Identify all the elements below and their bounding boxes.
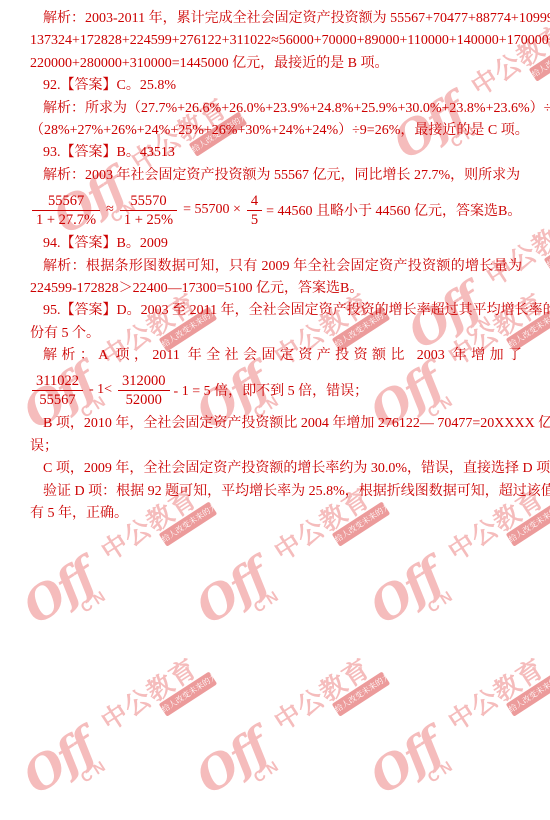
document-page: Off CN 中公教育 给人改变未来的力量 Off CN 中公教育 给人改变未来… <box>0 0 550 820</box>
q92-explanation-line1: 解析：所求为（27.7%+26.6%+26.0%+23.9%+24.8%+25.… <box>30 98 522 120</box>
slogan-seal: 给人改变未来的力量 <box>332 671 390 716</box>
offcn-cn-text: CN <box>251 756 285 786</box>
answer-key-text: 解析：2003-2011 年，累计完成全社会固定资产投资额为 55567+704… <box>30 8 522 525</box>
offcn-cn-text: CN <box>78 586 112 616</box>
q95-answer-line1: 95.【答案】D。2003 至 2011 年，全社会固定资产投资的增长率超过其平… <box>30 300 522 322</box>
slogan-seal: 给人改变未来的力量 <box>159 671 217 716</box>
slogan-seal: 给人改变未来的力量 <box>544 226 550 271</box>
offcn-cn-text: CN <box>425 586 459 616</box>
fraction: 311022 55567 <box>32 372 83 409</box>
q95-option-b-line1: B 项，2010 年，全社会固定资产投资额比 2004 年增加 276122— … <box>30 413 522 435</box>
slogan-seal: 给人改变未来的力量 <box>506 671 550 716</box>
offcn-watermark-logo: Off CN 中公教育 给人改变未来的力量 <box>13 642 231 818</box>
q92-explanation-line2: （28%+27%+26%+24%+25%+26%+30%+24%+24%）÷9=… <box>30 120 522 142</box>
q91-explanation-line2: 137324+172828+224599+276122+311022≈56000… <box>30 30 522 52</box>
q91-explanation-line3: 220000+280000+310000=1445000 亿元，最接近的是 B … <box>30 53 522 75</box>
operator: ≈ <box>106 202 114 218</box>
q95-option-b-line2: 误； <box>30 436 522 458</box>
q93-explanation-line1: 解析：2003 年社会固定资产投资额为 55567 亿元，同比增长 27.7%，… <box>30 165 522 187</box>
offcn-script-icon: Off <box>188 722 275 801</box>
offcn-script-icon: Off <box>15 722 102 801</box>
q91-explanation-line1: 解析：2003-2011 年，累计完成全社会固定资产投资额为 55567+704… <box>30 8 522 30</box>
q95-option-a-line: 解析：A 项，2011 年全社会固定资产投资额比 2003 年增加了 <box>30 345 522 367</box>
fraction: 4 5 <box>247 192 262 229</box>
offcn-script-icon: Off <box>362 722 449 801</box>
zhonggong-jiaoyu-text: 中公教育 <box>266 649 377 739</box>
q95-option-d-line1: 验证 D 项：根据 92 题可知，平均增长率为 25.8%，根据折线图数据可知，… <box>30 481 522 503</box>
operator: - 1< <box>89 382 112 398</box>
formula-tail-text: - 1 = 5 倍，即不到 5 倍，错误； <box>174 380 369 400</box>
offcn-script-icon: Off <box>15 552 102 631</box>
q93-formula: 55567 1 + 27.7% ≈ 55570 1 + 25% = 55700 … <box>30 187 522 233</box>
q94-answer-line: 94.【答案】B。2009 <box>30 233 522 255</box>
offcn-script-icon: Off <box>188 552 275 631</box>
formula-tail-text: = 44560 且略小于 44560 亿元，答案选B。 <box>266 200 521 220</box>
fraction: 55567 1 + 27.7% <box>32 192 100 229</box>
offcn-cn-text: CN <box>78 756 112 786</box>
q92-answer-line: 92.【答案】C。25.8% <box>30 75 522 97</box>
offcn-watermark-logo: Off CN 中公教育 给人改变未来的力量 <box>360 642 550 818</box>
q95-option-c-line: C 项，2009 年，全社会固定资产投资额的增长率约为 30.0%，错误，直接选… <box>30 458 522 480</box>
offcn-watermark-logo: Off CN 中公教育 给人改变未来的力量 <box>186 642 404 818</box>
q95-option-d-line2: 有 5 年，正确。 <box>30 503 522 525</box>
q95-answer-line2: 份有 5 个。 <box>30 323 522 345</box>
q94-explanation-line1: 解析：根据条形图数据可知，只有 2009 年全社会固定资产投资额的增长量为 <box>30 256 522 278</box>
zhonggong-jiaoyu-text: 中公教育 <box>440 649 550 739</box>
q95-formula: 311022 55567 - 1< 312000 52000 - 1 = 5 倍… <box>30 367 522 413</box>
operator: = 55700 × <box>183 202 241 218</box>
q94-explanation-line2: 224599-172828＞22400—17300=5100 亿元，答案选B。 <box>30 278 522 300</box>
offcn-script-icon: Off <box>362 552 449 631</box>
offcn-cn-text: CN <box>425 756 459 786</box>
offcn-cn-text: CN <box>251 586 285 616</box>
zhonggong-jiaoyu-text: 中公教育 <box>93 649 204 739</box>
fraction: 312000 52000 <box>118 372 170 409</box>
q93-answer-line: 93.【答案】B。43513 <box>30 142 522 164</box>
fraction: 55570 1 + 25% <box>120 192 177 229</box>
